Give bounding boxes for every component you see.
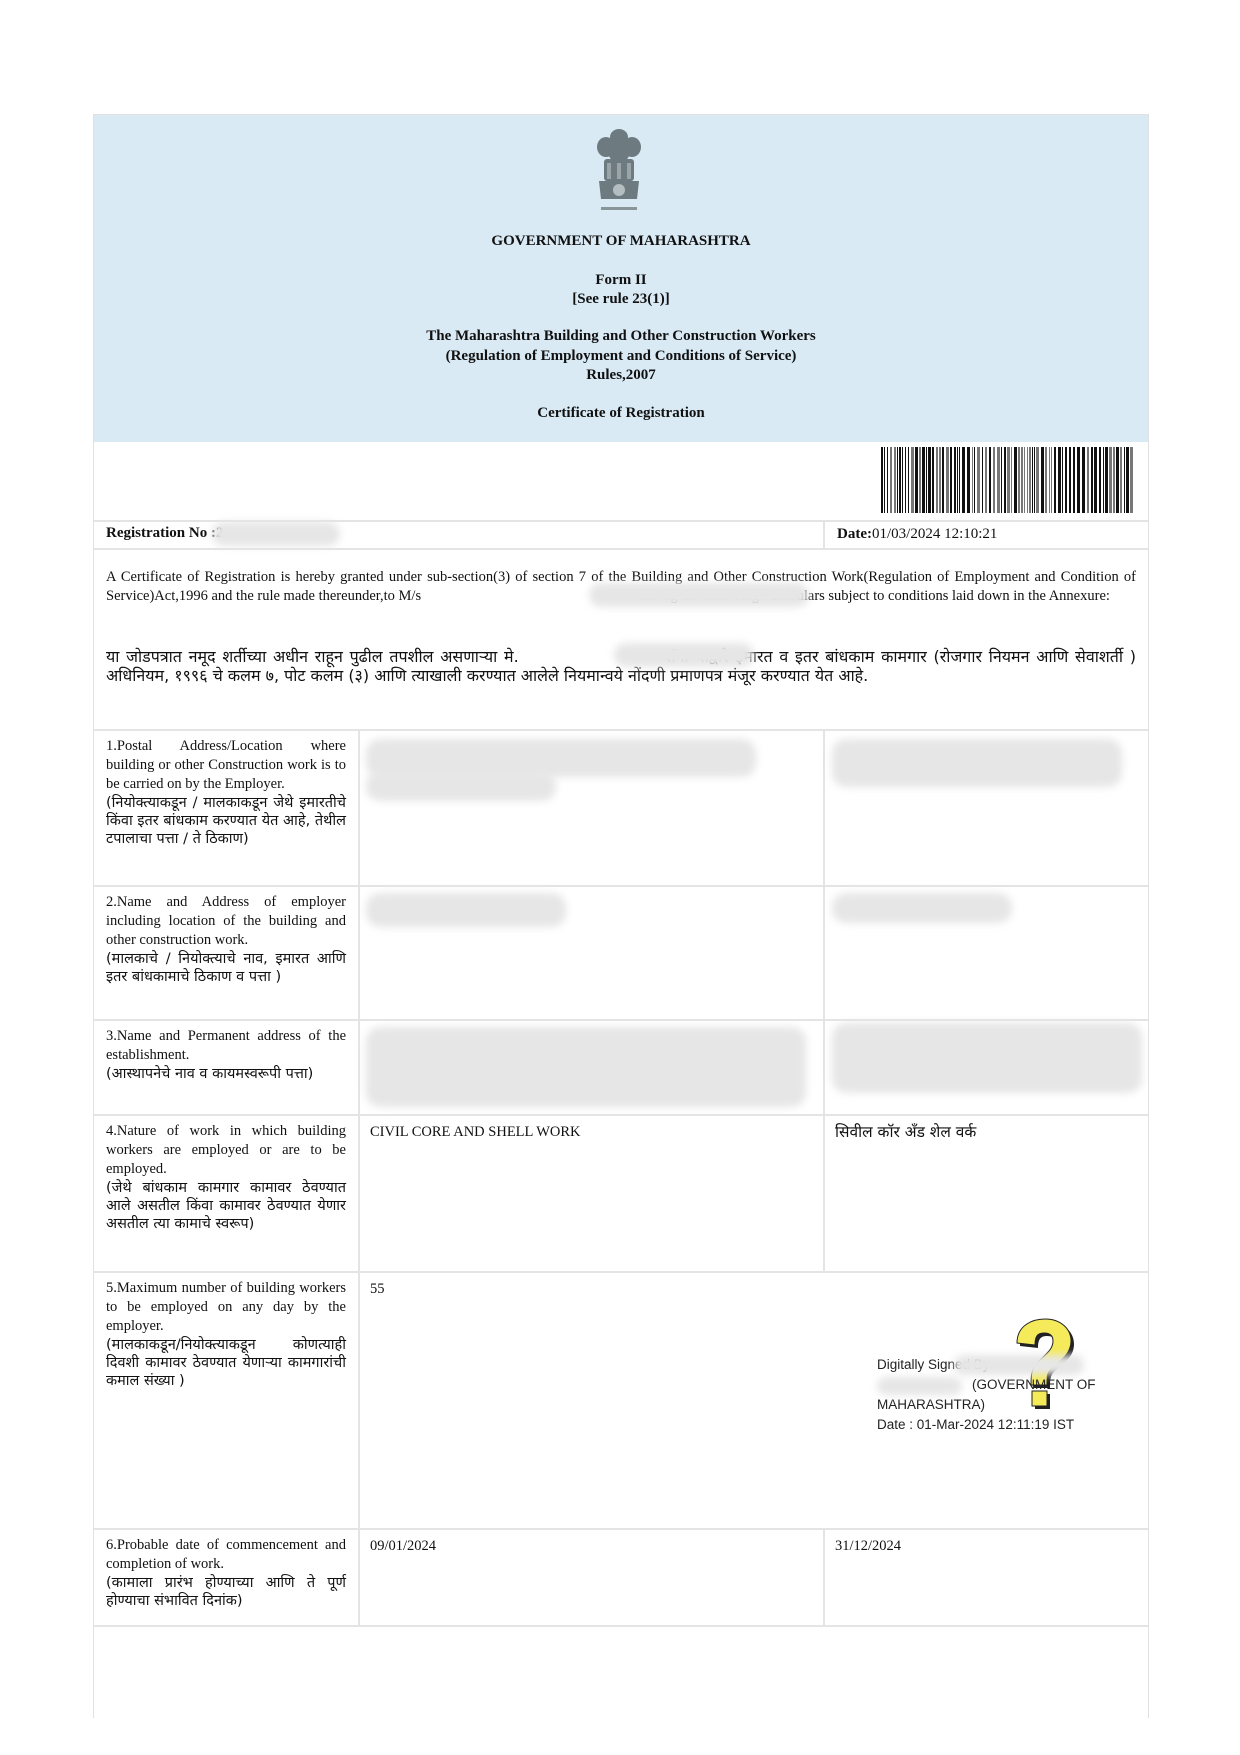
registration-row: Registration No :2 Date:01/03/2024 12:10… (94, 520, 1148, 550)
certificate-document: GOVERNMENT OF MAHARASHTRA Form II [See r… (93, 114, 1149, 1718)
act-title-line2: (Regulation of Employment and Conditions… (94, 346, 1148, 366)
barcode-row (94, 442, 1148, 522)
redacted-registration-number (212, 522, 340, 546)
row-label: 6.Probable date of commencement and comp… (106, 1536, 346, 1610)
rule-reference: [See rule 23(1)] (94, 289, 1148, 309)
government-title: GOVERNMENT OF MAHARASHTRA (94, 231, 1148, 251)
completion-date: 31/12/2024 (835, 1538, 901, 1555)
max-workers-value: 55 (370, 1281, 385, 1298)
table-row: 6.Probable date of commencement and comp… (94, 1528, 1148, 1627)
form-number: Form II (94, 270, 1148, 290)
registration-number: Registration No :2 (106, 525, 223, 542)
redacted-establishment-en (366, 1027, 806, 1107)
table-row: 4.Nature of work in which building worke… (94, 1114, 1148, 1273)
redacted-signer-name-2 (877, 1377, 962, 1395)
redacted-firm-name-marathi-blur (614, 643, 754, 667)
signature-date: Date : 01-Mar-2024 12:11:19 IST (877, 1415, 1117, 1435)
table-row: 3.Name and Permanent address of the esta… (94, 1019, 1148, 1116)
act-title-line1: The Maharashtra Building and Other Const… (94, 326, 1148, 346)
certificate-title: Certificate of Registration (94, 403, 1148, 423)
redacted-employer-name-mr (832, 893, 1012, 923)
nature-of-work-mr: सिवील कॉर अँड शेल वर्क (835, 1120, 976, 1142)
nature-of-work-en: CIVIL CORE AND SHELL WORK (370, 1124, 581, 1141)
row-label: 2.Name and Address of employer including… (106, 893, 346, 986)
row-label: 1.Postal Address/Location where building… (106, 737, 346, 848)
state-emblem-icon (589, 123, 649, 215)
redacted-establishment-mr (832, 1023, 1142, 1093)
registration-date: Date:01/03/2024 12:10:21 (823, 520, 997, 548)
barcode-icon (881, 447, 1134, 513)
row-label: 3.Name and Permanent address of the esta… (106, 1027, 346, 1083)
row-label: 4.Nature of work in which building worke… (106, 1122, 346, 1233)
redacted-employer-name-en (366, 893, 566, 927)
commencement-date: 09/01/2024 (370, 1538, 436, 1555)
table-row: 1.Postal Address/Location where building… (94, 729, 1148, 887)
redacted-postal-address-mr (832, 739, 1122, 787)
redacted-firm-name-blur (589, 583, 809, 607)
row-label: 5.Maximum number of building workers to … (106, 1279, 346, 1390)
redacted-signer-name (954, 1355, 1084, 1375)
act-title-line3: Rules,2007 (94, 365, 1148, 385)
table-row: 2.Name and Address of employer including… (94, 885, 1148, 1021)
certificate-header: GOVERNMENT OF MAHARASHTRA Form II [See r… (94, 115, 1148, 442)
